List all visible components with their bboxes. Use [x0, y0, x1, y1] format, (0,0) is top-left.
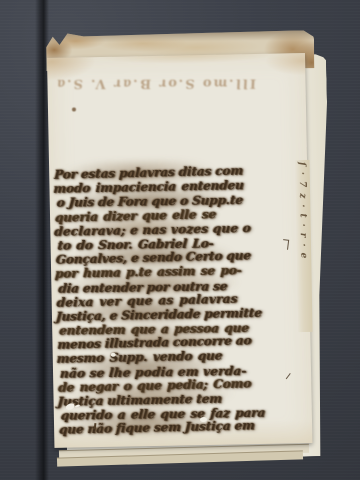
adjacent-page-fragment: ſ·7z·t·r·e — [295, 160, 313, 332]
docket-inscription: Ill.mo S.or B.ar V. S.a — [96, 70, 257, 90]
quill-mark — [282, 239, 289, 250]
adjacent-page-text: ſ·7z·t·r·e — [297, 162, 310, 330]
manuscript-text: Por estas palavras ditas com modo impaci… — [53, 164, 270, 438]
ink-speck — [283, 371, 291, 380]
ink-speck — [72, 107, 76, 111]
manuscript-page: Ill.mo S.or B.ar V. S.a Por estas palavr… — [47, 53, 312, 448]
